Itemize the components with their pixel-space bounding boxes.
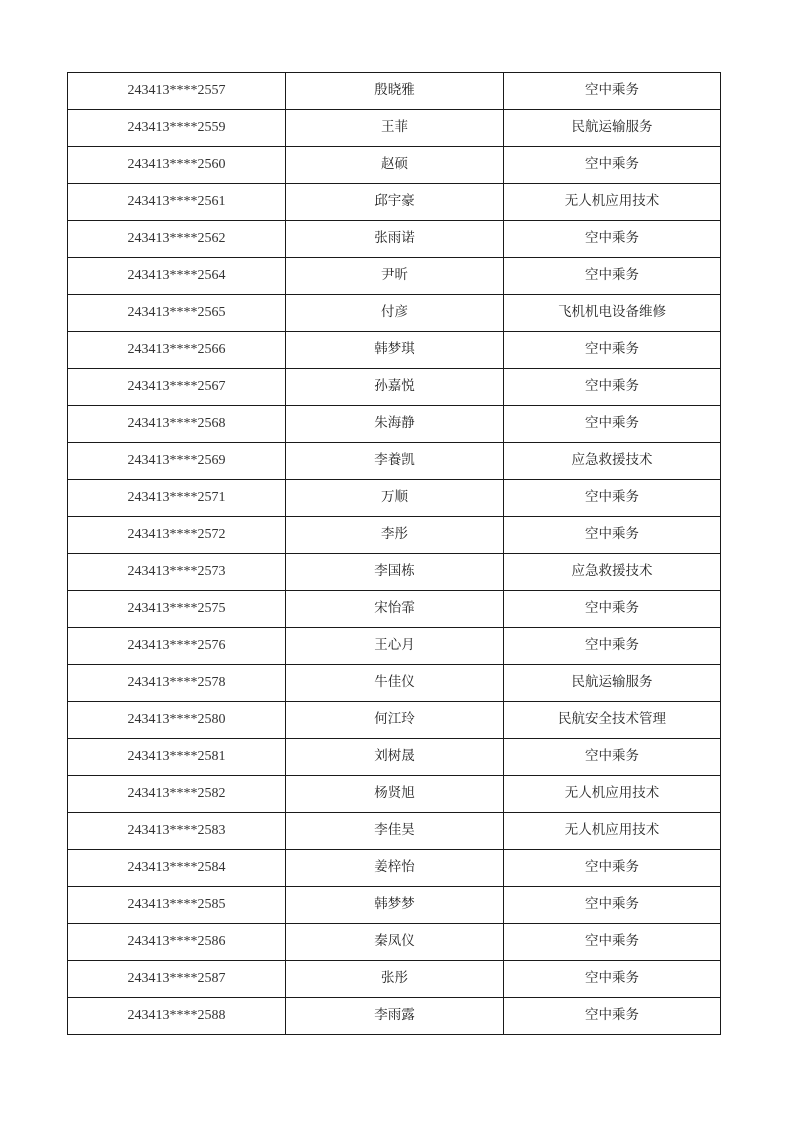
name-cell: 牛佳仪 <box>286 665 504 702</box>
document-page: 243413****2557 殷晓雅 空中乘务 243413****2559 王… <box>0 0 793 1122</box>
student-name: 李彤 <box>381 528 408 542</box>
table-row: 243413****2584 姜梓怡 空中乘务 <box>68 850 721 887</box>
student-name: 孙嘉悦 <box>374 380 415 394</box>
candidate-id-cell: 243413****2569 <box>68 443 286 480</box>
name-cell: 万顺 <box>286 480 504 517</box>
candidate-id: 243413****2564 <box>128 269 226 283</box>
candidate-id: 243413****2586 <box>128 935 226 949</box>
candidate-id-cell: 243413****2585 <box>68 887 286 924</box>
table-row: 243413****2565 付彦 飞机机电设备维修 <box>68 295 721 332</box>
major-name: 空中乘务 <box>585 750 639 764</box>
candidate-id-cell: 243413****2587 <box>68 961 286 998</box>
name-cell: 宋怡霏 <box>286 591 504 628</box>
table-row: 243413****2585 韩梦梦 空中乘务 <box>68 887 721 924</box>
candidate-id-cell: 243413****2583 <box>68 813 286 850</box>
major-name: 应急救援技术 <box>572 565 653 579</box>
candidate-id-cell: 243413****2567 <box>68 369 286 406</box>
student-name: 秦凤仪 <box>374 935 415 949</box>
candidate-id: 243413****2562 <box>128 232 226 246</box>
name-cell: 孙嘉悦 <box>286 369 504 406</box>
major-cell: 空中乘务 <box>504 591 721 628</box>
major-cell: 空中乘务 <box>504 369 721 406</box>
roster-table: 243413****2557 殷晓雅 空中乘务 243413****2559 王… <box>67 72 721 1035</box>
table-row: 243413****2586 秦凤仪 空中乘务 <box>68 924 721 961</box>
table-row: 243413****2580 何江玲 民航安全技术管理 <box>68 702 721 739</box>
name-cell: 邱宇豪 <box>286 184 504 221</box>
major-name: 民航安全技术管理 <box>558 713 666 727</box>
candidate-id-cell: 243413****2561 <box>68 184 286 221</box>
candidate-id-cell: 243413****2582 <box>68 776 286 813</box>
student-name: 尹昕 <box>381 269 408 283</box>
table-row: 243413****2566 韩梦琪 空中乘务 <box>68 332 721 369</box>
candidate-id: 243413****2557 <box>128 84 226 98</box>
candidate-id: 243413****2559 <box>128 121 226 135</box>
student-name: 赵硕 <box>381 158 408 172</box>
major-cell: 无人机应用技术 <box>504 813 721 850</box>
candidate-id: 243413****2588 <box>128 1009 226 1023</box>
major-name: 空中乘务 <box>585 380 639 394</box>
candidate-id: 243413****2568 <box>128 417 226 431</box>
major-name: 空中乘务 <box>585 1009 639 1023</box>
name-cell: 杨贤旭 <box>286 776 504 813</box>
major-name: 空中乘务 <box>585 528 639 542</box>
name-cell: 王心月 <box>286 628 504 665</box>
candidate-id-cell: 243413****2572 <box>68 517 286 554</box>
major-name: 空中乘务 <box>585 343 639 357</box>
candidate-id-cell: 243413****2571 <box>68 480 286 517</box>
name-cell: 朱海静 <box>286 406 504 443</box>
major-name: 飞机机电设备维修 <box>558 306 666 320</box>
major-name: 应急救援技术 <box>572 454 653 468</box>
candidate-id-cell: 243413****2565 <box>68 295 286 332</box>
student-name: 万顺 <box>381 491 408 505</box>
candidate-id-cell: 243413****2562 <box>68 221 286 258</box>
major-cell: 空中乘务 <box>504 221 721 258</box>
table-row: 243413****2562 张雨诺 空中乘务 <box>68 221 721 258</box>
major-name: 民航运输服务 <box>572 121 653 135</box>
student-name: 何江玲 <box>374 713 415 727</box>
student-name: 宋怡霏 <box>374 602 415 616</box>
student-name: 张雨诺 <box>374 232 415 246</box>
table-row: 243413****2575 宋怡霏 空中乘务 <box>68 591 721 628</box>
major-cell: 空中乘务 <box>504 850 721 887</box>
table-row: 243413****2559 王菲 民航运输服务 <box>68 110 721 147</box>
name-cell: 刘树晟 <box>286 739 504 776</box>
table-row: 243413****2587 张彤 空中乘务 <box>68 961 721 998</box>
table-row: 243413****2588 李雨露 空中乘务 <box>68 998 721 1035</box>
name-cell: 李彤 <box>286 517 504 554</box>
major-cell: 空中乘务 <box>504 258 721 295</box>
candidate-id-cell: 243413****2568 <box>68 406 286 443</box>
name-cell: 李雨露 <box>286 998 504 1035</box>
student-name: 牛佳仪 <box>374 676 415 690</box>
candidate-id-cell: 243413****2559 <box>68 110 286 147</box>
candidate-id: 243413****2578 <box>128 676 226 690</box>
student-name: 杨贤旭 <box>374 787 415 801</box>
major-name: 空中乘务 <box>585 898 639 912</box>
name-cell: 王菲 <box>286 110 504 147</box>
student-name: 李養凯 <box>374 454 415 468</box>
name-cell: 李養凯 <box>286 443 504 480</box>
candidate-id-cell: 243413****2578 <box>68 665 286 702</box>
candidate-id-cell: 243413****2575 <box>68 591 286 628</box>
major-cell: 飞机机电设备维修 <box>504 295 721 332</box>
student-name: 张彤 <box>381 972 408 986</box>
major-name: 空中乘务 <box>585 491 639 505</box>
candidate-id: 243413****2584 <box>128 861 226 875</box>
table-row: 243413****2581 刘树晟 空中乘务 <box>68 739 721 776</box>
student-name: 韩梦琪 <box>374 343 415 357</box>
candidate-id-cell: 243413****2566 <box>68 332 286 369</box>
major-cell: 空中乘务 <box>504 924 721 961</box>
table-row: 243413****2583 李佳昊 无人机应用技术 <box>68 813 721 850</box>
table-row: 243413****2572 李彤 空中乘务 <box>68 517 721 554</box>
roster-table-body: 243413****2557 殷晓雅 空中乘务 243413****2559 王… <box>68 73 721 1035</box>
major-cell: 民航运输服务 <box>504 665 721 702</box>
major-cell: 空中乘务 <box>504 887 721 924</box>
candidate-id: 243413****2581 <box>128 750 226 764</box>
name-cell: 赵硕 <box>286 147 504 184</box>
candidate-id: 243413****2561 <box>128 195 226 209</box>
candidate-id: 243413****2580 <box>128 713 226 727</box>
table-row: 243413****2576 王心月 空中乘务 <box>68 628 721 665</box>
major-cell: 空中乘务 <box>504 480 721 517</box>
major-name: 空中乘务 <box>585 935 639 949</box>
name-cell: 韩梦琪 <box>286 332 504 369</box>
major-name: 空中乘务 <box>585 269 639 283</box>
major-cell: 空中乘务 <box>504 517 721 554</box>
name-cell: 李国栋 <box>286 554 504 591</box>
name-cell: 姜梓怡 <box>286 850 504 887</box>
major-cell: 空中乘务 <box>504 961 721 998</box>
student-name: 付彦 <box>381 306 408 320</box>
major-name: 无人机应用技术 <box>565 787 660 801</box>
major-name: 空中乘务 <box>585 602 639 616</box>
table-row: 243413****2573 李国栋 应急救援技术 <box>68 554 721 591</box>
student-name: 李佳昊 <box>374 824 415 838</box>
major-cell: 空中乘务 <box>504 998 721 1035</box>
name-cell: 张彤 <box>286 961 504 998</box>
student-name: 韩梦梦 <box>374 898 415 912</box>
major-name: 无人机应用技术 <box>565 824 660 838</box>
table-row: 243413****2561 邱宇豪 无人机应用技术 <box>68 184 721 221</box>
major-cell: 无人机应用技术 <box>504 776 721 813</box>
candidate-id-cell: 243413****2584 <box>68 850 286 887</box>
candidate-id: 243413****2576 <box>128 639 226 653</box>
candidate-id: 243413****2566 <box>128 343 226 357</box>
table-row: 243413****2568 朱海静 空中乘务 <box>68 406 721 443</box>
major-name: 无人机应用技术 <box>565 195 660 209</box>
table-row: 243413****2560 赵硕 空中乘务 <box>68 147 721 184</box>
table-row: 243413****2582 杨贤旭 无人机应用技术 <box>68 776 721 813</box>
major-cell: 应急救援技术 <box>504 443 721 480</box>
major-name: 民航运输服务 <box>572 676 653 690</box>
candidate-id: 243413****2569 <box>128 454 226 468</box>
table-row: 243413****2564 尹昕 空中乘务 <box>68 258 721 295</box>
major-cell: 空中乘务 <box>504 332 721 369</box>
candidate-id: 243413****2572 <box>128 528 226 542</box>
student-name: 姜梓怡 <box>374 861 415 875</box>
candidate-id-cell: 243413****2573 <box>68 554 286 591</box>
student-name: 邱宇豪 <box>374 195 415 209</box>
student-name: 朱海静 <box>374 417 415 431</box>
candidate-id-cell: 243413****2560 <box>68 147 286 184</box>
candidate-id: 243413****2575 <box>128 602 226 616</box>
candidate-id-cell: 243413****2576 <box>68 628 286 665</box>
candidate-id-cell: 243413****2588 <box>68 998 286 1035</box>
major-cell: 民航安全技术管理 <box>504 702 721 739</box>
candidate-id: 243413****2583 <box>128 824 226 838</box>
name-cell: 尹昕 <box>286 258 504 295</box>
name-cell: 张雨诺 <box>286 221 504 258</box>
candidate-id: 243413****2560 <box>128 158 226 172</box>
name-cell: 付彦 <box>286 295 504 332</box>
student-name: 李国栋 <box>374 565 415 579</box>
major-name: 空中乘务 <box>585 417 639 431</box>
candidate-id-cell: 243413****2580 <box>68 702 286 739</box>
student-name: 王心月 <box>374 639 415 653</box>
table-row: 243413****2569 李養凯 应急救援技术 <box>68 443 721 480</box>
major-name: 空中乘务 <box>585 232 639 246</box>
student-name: 刘树晟 <box>374 750 415 764</box>
student-name: 殷晓雅 <box>374 84 415 98</box>
table-row: 243413****2578 牛佳仪 民航运输服务 <box>68 665 721 702</box>
candidate-id: 243413****2585 <box>128 898 226 912</box>
name-cell: 殷晓雅 <box>286 73 504 110</box>
candidate-id-cell: 243413****2557 <box>68 73 286 110</box>
student-name: 王菲 <box>381 121 408 135</box>
major-cell: 民航运输服务 <box>504 110 721 147</box>
name-cell: 何江玲 <box>286 702 504 739</box>
student-name: 李雨露 <box>374 1009 415 1023</box>
candidate-id: 243413****2573 <box>128 565 226 579</box>
candidate-id: 243413****2567 <box>128 380 226 394</box>
major-cell: 空中乘务 <box>504 73 721 110</box>
candidate-id: 243413****2565 <box>128 306 226 320</box>
major-cell: 无人机应用技术 <box>504 184 721 221</box>
candidate-id-cell: 243413****2581 <box>68 739 286 776</box>
major-name: 空中乘务 <box>585 861 639 875</box>
major-cell: 空中乘务 <box>504 628 721 665</box>
candidate-id-cell: 243413****2586 <box>68 924 286 961</box>
major-name: 空中乘务 <box>585 158 639 172</box>
major-cell: 应急救援技术 <box>504 554 721 591</box>
candidate-id: 243413****2571 <box>128 491 226 505</box>
major-name: 空中乘务 <box>585 84 639 98</box>
table-row: 243413****2567 孙嘉悦 空中乘务 <box>68 369 721 406</box>
major-cell: 空中乘务 <box>504 147 721 184</box>
major-name: 空中乘务 <box>585 639 639 653</box>
major-cell: 空中乘务 <box>504 406 721 443</box>
major-name: 空中乘务 <box>585 972 639 986</box>
candidate-id-cell: 243413****2564 <box>68 258 286 295</box>
table-row: 243413****2571 万顺 空中乘务 <box>68 480 721 517</box>
candidate-id: 243413****2587 <box>128 972 226 986</box>
name-cell: 韩梦梦 <box>286 887 504 924</box>
major-cell: 空中乘务 <box>504 739 721 776</box>
name-cell: 秦凤仪 <box>286 924 504 961</box>
candidate-id: 243413****2582 <box>128 787 226 801</box>
table-row: 243413****2557 殷晓雅 空中乘务 <box>68 73 721 110</box>
name-cell: 李佳昊 <box>286 813 504 850</box>
